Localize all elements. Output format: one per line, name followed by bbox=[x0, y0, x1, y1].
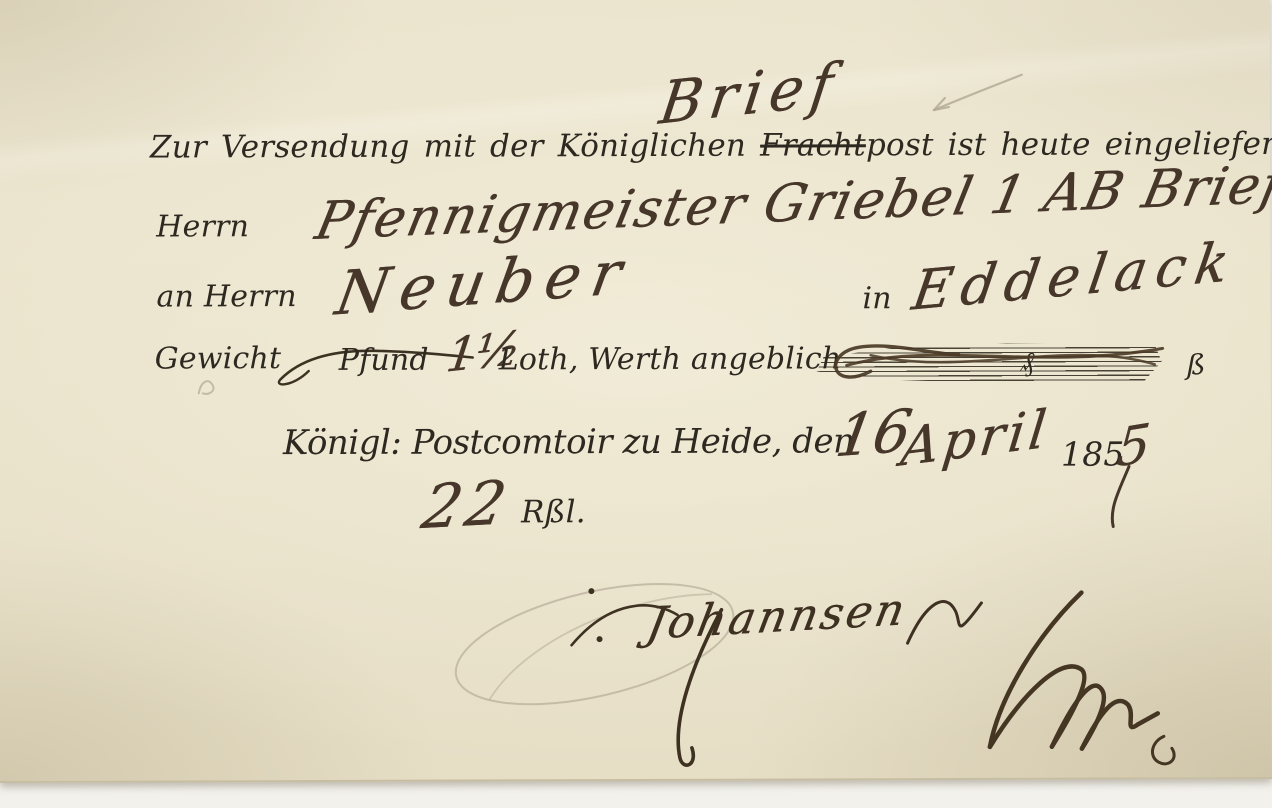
schilling-sign: ß bbox=[1187, 348, 1206, 381]
signature-descender bbox=[649, 600, 780, 775]
value-ink-scribble bbox=[807, 324, 1187, 397]
loth-werth-label: Loth, Werth angeblich bbox=[499, 341, 842, 377]
herrn-label: Herrn bbox=[156, 209, 249, 244]
fee-unit-label: Rßl. bbox=[521, 494, 586, 530]
form-line-versendung-before: Zur Versendung mit der Königlichen bbox=[150, 128, 760, 166]
recipient-handwriting: Neuber bbox=[331, 237, 638, 330]
an-herrn-label: an Herrn bbox=[156, 279, 296, 314]
form-line-versendung: Zur Versendung mit der Königlichen Frach… bbox=[150, 126, 1272, 166]
signature-flourish bbox=[929, 574, 1225, 780]
sender-handwriting: Pfennigmeister Griebel 1 AB Brief bbox=[310, 155, 1272, 252]
in-label: in bbox=[862, 281, 891, 316]
destination-handwriting: Eddelack bbox=[908, 229, 1242, 322]
pfund-label: Pfund bbox=[339, 343, 429, 378]
pencil-arrow-mark bbox=[916, 69, 1028, 119]
office-date-line: Königl: Postcomtoir zu Heide, den bbox=[283, 421, 855, 463]
struck-word-fracht: Fracht bbox=[760, 127, 866, 163]
date-month-handwriting: April bbox=[898, 399, 1053, 479]
fee-amount-handwriting: 22 bbox=[416, 468, 516, 544]
receipt-paper: Brief Zur Versendung mit der Königlichen… bbox=[0, 0, 1272, 783]
year-digit-tail bbox=[1103, 462, 1143, 532]
post-type-correction-handwriting: Brief bbox=[656, 49, 844, 138]
pencil-smudge-mark bbox=[191, 371, 221, 401]
